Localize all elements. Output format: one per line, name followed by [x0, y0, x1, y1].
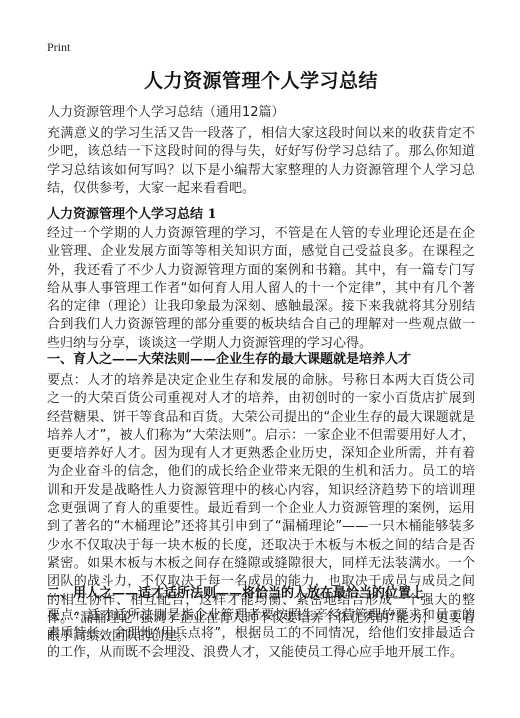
intro-paragraph: 充满意义的学习生活又告一段落了，相信大家这段时间以来的收获肯定不少吧，该总结一下…	[47, 125, 475, 198]
section-1-intro: 经过一个学期的人力资源管理的学习，不管是在人管的专业理论还是在企业管理、企业发展…	[47, 225, 475, 353]
print-label[interactable]: Print	[47, 40, 70, 55]
point-1-body: 要点：人才的培养是决定企业生存和发展的命脉。号称日本两大百货公司之一的大荣百货公…	[47, 372, 475, 646]
document-subtitle: 人力资源管理个人学习总结（通用12篇）	[47, 101, 285, 120]
section-1-heading: 人力资源管理个人学习总结 1	[47, 203, 217, 222]
point-1-heading: 一、育人之——大荣法则——企业生存的最大课题就是培养人才	[47, 348, 411, 367]
document-title: 人力资源管理个人学习总结	[47, 66, 475, 93]
point-2-heading: 二、用人之——适才适所法则——将恰当的人放在最恰当的位置上	[47, 582, 424, 601]
point-2-body: 要点：适才适所法则是指企业管理者要按照生产经营管理的要求和员工的素质特长，合理地…	[47, 607, 475, 662]
